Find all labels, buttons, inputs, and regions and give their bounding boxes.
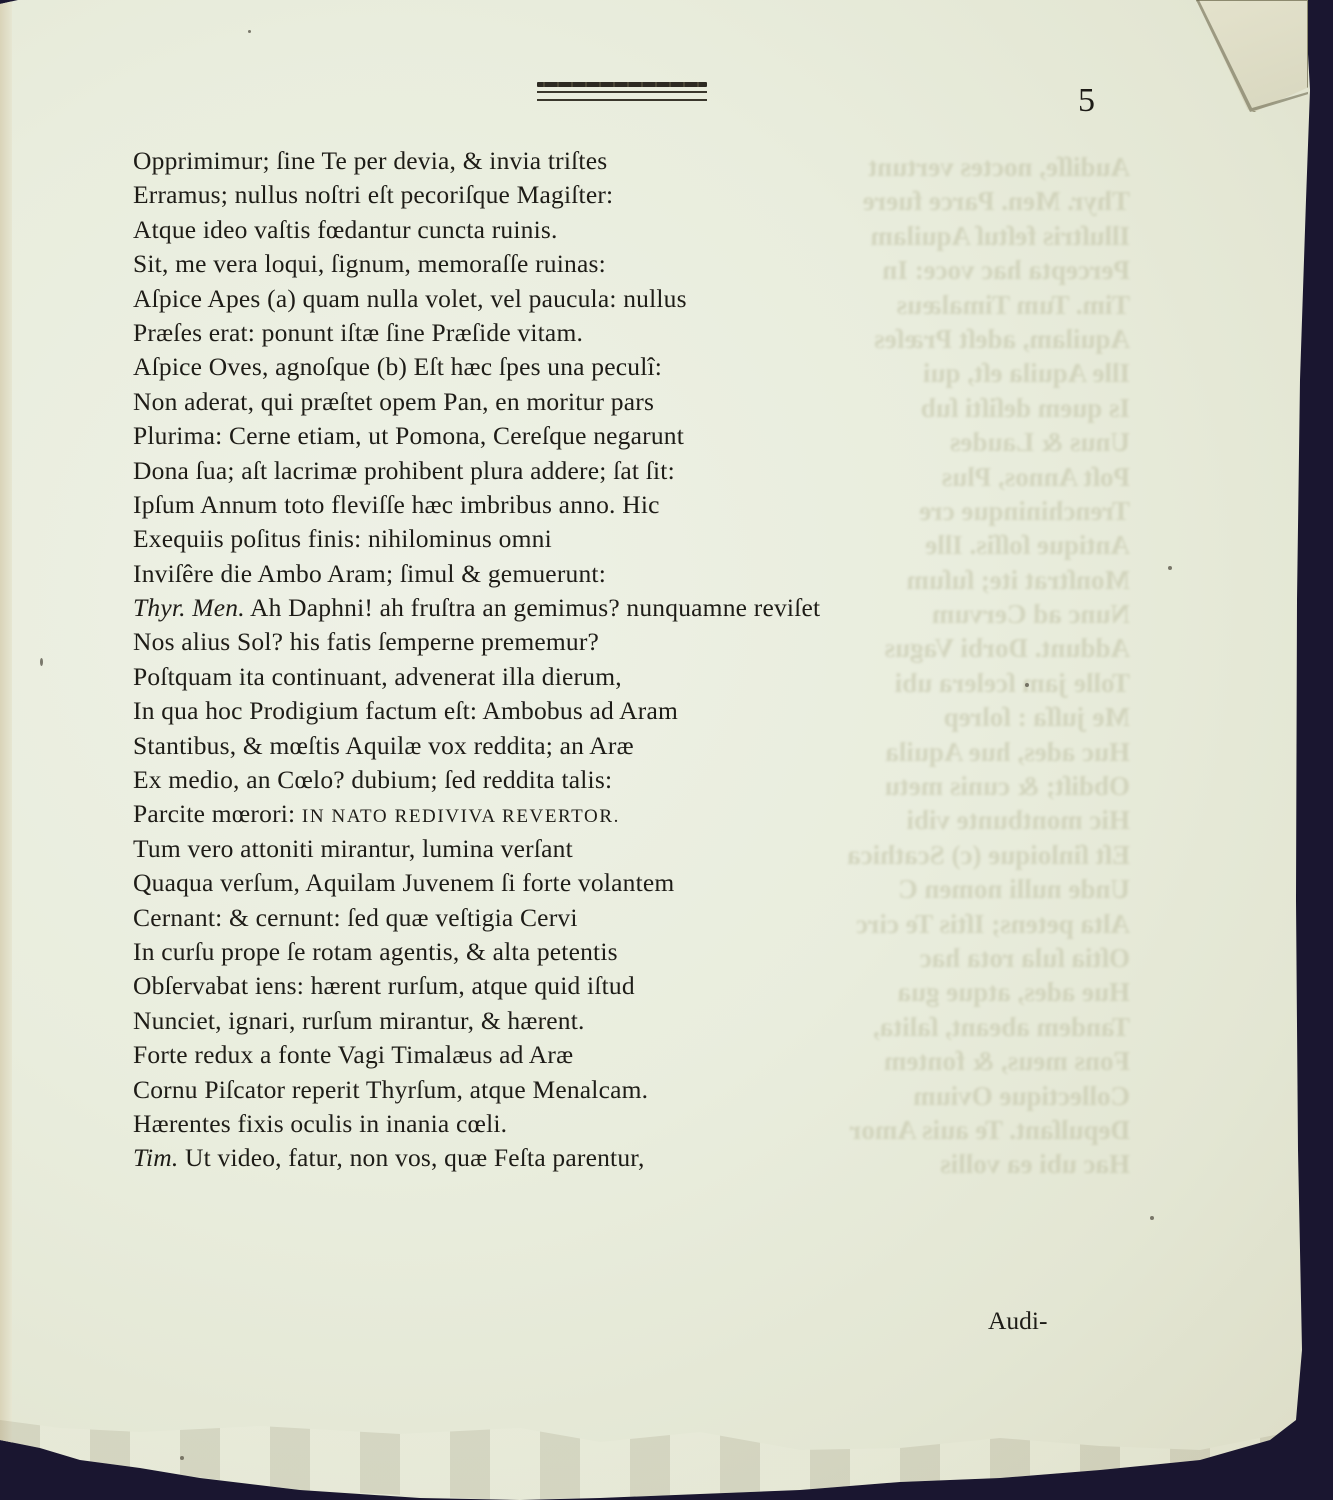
verse-line: Nunciet, ignari, rurſum mirantur, & hære… (133, 1004, 1093, 1038)
verse-line: Erramus; nullus noſtri eſt pecoriſque Ma… (133, 178, 1093, 212)
verse-line-text: Ah Daphni! ah fruſtra an gemimus? nunqua… (250, 593, 820, 622)
verse-line-text: Sit, me vera loqui, ſignum, memoraſſe ru… (133, 249, 606, 278)
verse-line: Hærentes fixis oculis in inania cœli. (133, 1107, 1093, 1141)
verse-line: Inviſêre die Ambo Aram; ſimul & gemuerun… (133, 557, 1093, 591)
verse-line: Poſtquam ita continuant, advenerat illa … (133, 660, 1093, 694)
verse-line: Parcite mœrori: IN NATO REDIVIVA REVERTO… (133, 797, 1093, 831)
verse-line: Quaqua verſum, Aquilam Juvenem ſi forte … (133, 866, 1093, 900)
catchword: Audi- (988, 1306, 1048, 1336)
verse-line-text: Nos alius Sol? his fatis ſemperne premem… (133, 627, 599, 656)
verse-line-text: Obſervabat iens: hærent rurſum, atque qu… (133, 971, 635, 1000)
page-gutter-shadow (0, 0, 12, 1460)
verse-line: Forte redux a fonte Vagi Timalæus ad Aræ (133, 1038, 1093, 1072)
verse-line-text: Parcite mœrori: (133, 799, 295, 828)
verse-line-text: Opprimimur; ſine Te per devia, & invia t… (133, 146, 607, 175)
verse-line: Non aderat, qui præſtet opem Pan, en mor… (133, 385, 1093, 419)
verse-line-text: Non aderat, qui præſtet opem Pan, en mor… (133, 387, 654, 416)
verse-line: Obſervabat iens: hærent rurſum, atque qu… (133, 969, 1093, 1003)
verse-line-text: Ut video, fatur, non vos, quæ Feſta pare… (185, 1143, 645, 1172)
oracle-small-caps-text: IN NATO REDIVIVA REVERTOR. (302, 806, 620, 827)
verse-line: Aſpice Oves, agnoſque (b) Eſt hæc ſpes u… (133, 350, 1093, 384)
verse-line: Cernant: & cernunt: ſed quæ veſtigia Cer… (133, 901, 1093, 935)
ink-speck (1168, 566, 1172, 570)
verse-line-text: Præſes erat: ponunt iſtæ ſine Præſide vi… (133, 318, 583, 347)
verse-line: Cornu Piſcator reperit Thyrſum, atque Me… (133, 1073, 1093, 1107)
verse-line: Plurima: Cerne etiam, ut Pomona, Cereſqu… (133, 419, 1093, 453)
verse-line: Opprimimur; ſine Te per devia, & invia t… (133, 144, 1093, 178)
verse-line-text: Dona ſua; aſt lacrimæ prohibent plura ad… (133, 456, 675, 485)
verse-line: Tim. Ut video, fatur, non vos, quæ Feſta… (133, 1141, 1093, 1175)
verse-line-text: Exequiis poſitus finis: nihilominus omni (133, 524, 552, 553)
ornament-thick-rule (537, 82, 707, 87)
verse-line-text: Tum vero attoniti mirantur, lumina verſa… (133, 834, 573, 863)
speaker-label: Thyr. Men. (133, 593, 245, 622)
ink-speck (1150, 1216, 1154, 1220)
ink-speck (40, 658, 43, 666)
verse-text-block: Opprimimur; ſine Te per devia, & invia t… (133, 144, 1093, 1176)
verse-line: Thyr. Men. Ah Daphni! ah fruſtra an gemi… (133, 591, 1093, 625)
scanned-page-viewport: Audiſſe, noctes vertunt Thyr. Men. Parce… (0, 0, 1333, 1500)
verse-line: In curſu prope ſe rotam agentis, & alta … (133, 935, 1093, 969)
verse-line: Stantibus, & mœſtis Aquilæ vox reddita; … (133, 729, 1093, 763)
book-page: Audiſſe, noctes vertunt Thyr. Men. Parce… (0, 0, 1318, 1500)
torn-bottom-edge (0, 1420, 1318, 1500)
verse-line-text: Stantibus, & mœſtis Aquilæ vox reddita; … (133, 731, 634, 760)
verse-line: Ex medio, an Cœlo? dubium; ſed reddita t… (133, 763, 1093, 797)
verse-line-text: Forte redux a fonte Vagi Timalæus ad Aræ (133, 1040, 573, 1069)
verse-line: Dona ſua; aſt lacrimæ prohibent plura ad… (133, 454, 1093, 488)
verse-line-text: Poſtquam ita continuant, advenerat illa … (133, 662, 622, 691)
verse-line: Præſes erat: ponunt iſtæ ſine Præſide vi… (133, 316, 1093, 350)
verse-line-text: In curſu prope ſe rotam agentis, & alta … (133, 937, 618, 966)
verse-line-text: Quaqua verſum, Aquilam Juvenem ſi forte … (133, 868, 674, 897)
verse-line-text: Ipſum Annum toto fleviſſe hæc imbribus a… (133, 490, 660, 519)
verse-line-text: Ex medio, an Cœlo? dubium; ſed reddita t… (133, 765, 612, 794)
verse-line: Tum vero attoniti mirantur, lumina verſa… (133, 832, 1093, 866)
verse-line: Sit, me vera loqui, ſignum, memoraſſe ru… (133, 247, 1093, 281)
verse-line: Nos alius Sol? his fatis ſemperne premem… (133, 625, 1093, 659)
verse-line-text: Plurima: Cerne etiam, ut Pomona, Cereſqu… (133, 421, 684, 450)
verse-line: Exequiis poſitus finis: nihilominus omni (133, 522, 1093, 556)
verse-line: Aſpice Apes (a) quam nulla volet, vel pa… (133, 282, 1093, 316)
verse-line-text: Aſpice Apes (a) quam nulla volet, vel pa… (133, 284, 687, 313)
verse-line-text: Inviſêre die Ambo Aram; ſimul & gemuerun… (133, 559, 606, 588)
ornament-middle-rule (537, 91, 707, 93)
verse-line-text: Cornu Piſcator reperit Thyrſum, atque Me… (133, 1075, 648, 1104)
header-ornament-rule (537, 82, 707, 106)
page-number: 5 (1078, 84, 1095, 118)
ink-speck (1025, 683, 1029, 687)
verse-line: Ipſum Annum toto fleviſſe hæc imbribus a… (133, 488, 1093, 522)
verse-line-text: Erramus; nullus noſtri eſt pecoriſque Ma… (133, 180, 613, 209)
verse-line: In qua hoc Prodigium factum eſt: Ambobus… (133, 694, 1093, 728)
speaker-label: Tim. (133, 1143, 178, 1172)
verse-line-text: Aſpice Oves, agnoſque (b) Eſt hæc ſpes u… (133, 352, 662, 381)
verse-line-text: Nunciet, ignari, rurſum mirantur, & hære… (133, 1006, 585, 1035)
ornament-bottom-rule (537, 99, 707, 101)
verse-line-text: Hærentes fixis oculis in inania cœli. (133, 1109, 507, 1138)
verse-line-text: Cernant: & cernunt: ſed quæ veſtigia Cer… (133, 903, 578, 932)
verse-line-text: In qua hoc Prodigium factum eſt: Ambobus… (133, 696, 678, 725)
verse-line-text: Atque ideo vaſtis fœdantur cuncta ruinis… (133, 215, 558, 244)
verse-line: Atque ideo vaſtis fœdantur cuncta ruinis… (133, 213, 1093, 247)
ink-speck (248, 30, 251, 33)
ink-speck (180, 1456, 184, 1460)
